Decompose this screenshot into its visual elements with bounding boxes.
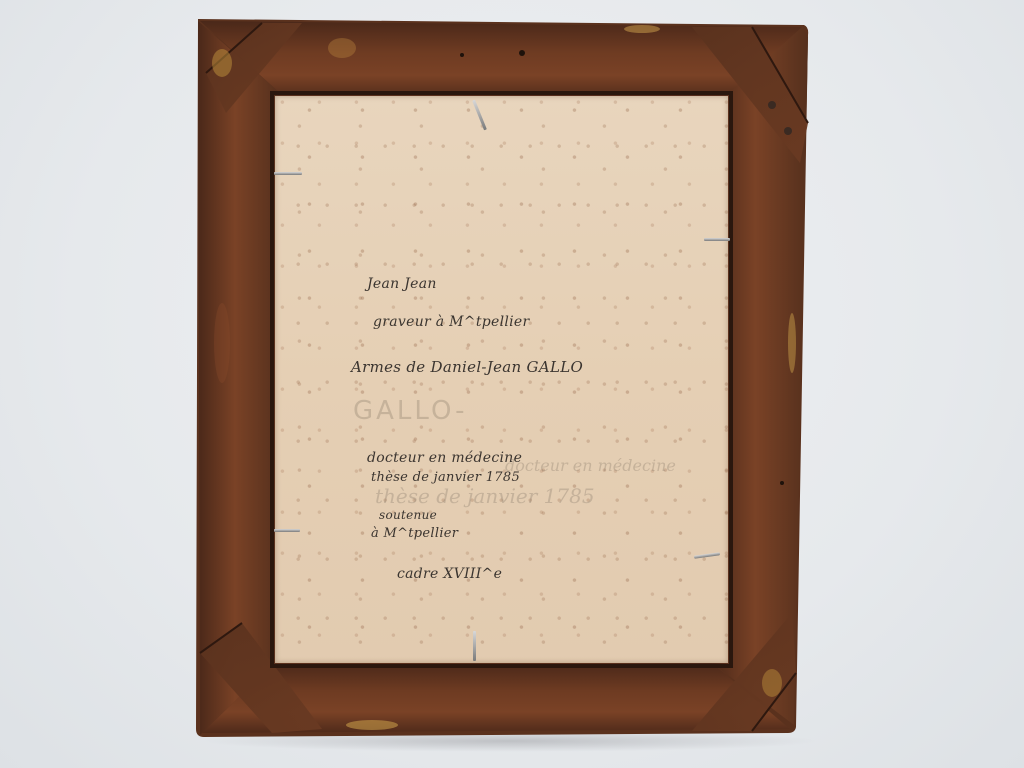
ghost-text-these: thèse de janvier 1785 <box>375 484 595 508</box>
note-soutenue: soutenue <box>379 508 437 522</box>
note-docteur: docteur en médecine <box>367 450 522 466</box>
note-cadre: cadre XVIII^e <box>397 566 502 582</box>
wooden-frame: GALLO- docteur en médecine thèse de janv… <box>192 13 810 740</box>
nail-left-lower <box>274 529 300 532</box>
note-graveur: graveur à M^tpellier <box>373 314 530 330</box>
note-montpellier: à M^tpellier <box>371 526 458 541</box>
ghost-text-docteur: docteur en médecine <box>505 456 676 475</box>
note-armes: Armes de Daniel-Jean GALLO <box>351 358 583 376</box>
note-these: thèse de janvier 1785 <box>371 470 520 485</box>
nail-right-upper <box>704 238 730 241</box>
nail-left-upper <box>274 172 302 175</box>
backing-board: GALLO- docteur en médecine thèse de janv… <box>275 96 728 663</box>
note-jean-jean: Jean Jean <box>367 276 437 292</box>
ghost-text-gallo: GALLO- <box>353 396 468 426</box>
nail-bottom <box>473 631 476 661</box>
